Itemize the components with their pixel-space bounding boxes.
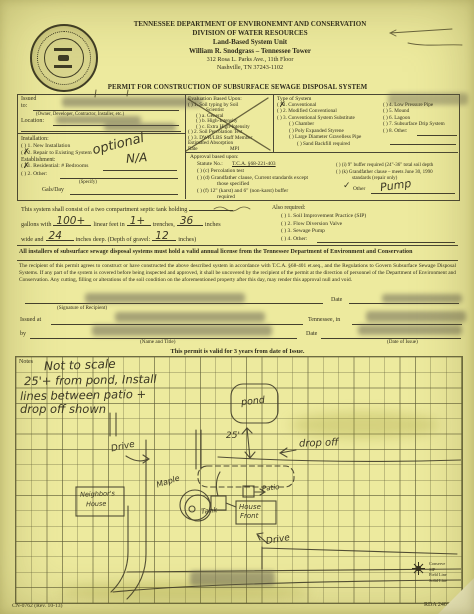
page-corner-curl <box>438 578 474 614</box>
handwritten-width: 36 <box>180 215 193 227</box>
handwritten-trenches: 1+ <box>130 215 145 227</box>
handwritten-gravel: 12 <box>155 230 168 242</box>
location-label: Location: <box>21 118 44 125</box>
tank-inches2-label: inches) <box>178 236 196 243</box>
handwritten-linear-feet: 100+ <box>56 215 85 227</box>
date1-line <box>349 303 459 304</box>
house-label: House <box>239 503 261 511</box>
also-flow-valve: ( ) 2. Flow Diversion Valve <box>281 221 342 227</box>
also-other: ( ) 4. Other: <box>281 236 307 242</box>
tank-deep-label: inches deep. (Depth of gravel: <box>76 236 151 243</box>
system-drip: ( ) 7. Subsurface Drip System <box>383 122 445 128</box>
redacted-location2 <box>104 123 176 131</box>
approval-other-label: Other <box>353 186 365 192</box>
tank-line2: gallons with100+linear feet in1+trenches… <box>21 220 221 228</box>
galsday-label: Gals/Day <box>42 187 64 193</box>
repair-check-mark: ✗ <box>23 147 30 156</box>
approval-k: ( ) (k) Grandfather clause – meets June … <box>336 170 433 176</box>
tank-width-slot: 36 <box>177 220 203 226</box>
header-department: TENNESSEE DEPARTMENT OF ENVIRONEMNT AND … <box>95 21 405 29</box>
approval-d2: those specified <box>217 181 249 187</box>
system-other: ( ) 8. Other: <box>383 129 408 135</box>
system-modified: ( ) 2. Modified Conventional <box>277 109 337 115</box>
neighbors-label: Neighbor's <box>80 489 115 498</box>
issued-to-label: to: <box>21 103 27 110</box>
name-title-caption: (Name and Title) <box>140 340 175 346</box>
redacted-road-name <box>190 571 275 586</box>
rule-above-license <box>17 245 458 246</box>
header-address: 312 Rosa L. Parks Ave., 11th Floor <box>95 57 405 64</box>
system-other-line <box>417 135 457 136</box>
tank-line3: wide and24inches deep. (Depth of gravel:… <box>21 235 196 243</box>
residential-check-mark: ✗ <box>23 161 30 170</box>
signature-caption: (Signature of Recipient) <box>57 306 107 312</box>
rule-below-license <box>17 260 458 261</box>
approval-other-check-mark: ✓ <box>343 181 351 191</box>
approval-f2: required <box>217 194 235 200</box>
redacted-issued-at <box>115 312 265 322</box>
system-other-line2 <box>390 144 456 145</box>
date2-label: Date <box>306 331 317 338</box>
agreement-paragraph: The recipient of this permit agrees to c… <box>19 263 456 284</box>
signature-line <box>25 303 323 304</box>
date1-label: Date <box>331 297 342 304</box>
also-other-line <box>317 242 455 243</box>
divider-middle-right <box>273 94 274 152</box>
approval-i: ( ) (i) 9" buffer required (24"-36" tota… <box>336 163 433 169</box>
permit-document: TENNESSEE DEPARTMENT OF ENVIRONEMNT AND … <box>0 0 474 614</box>
tank-trenches-label: trenches, <box>153 221 175 228</box>
establishment-residential: ( ) 1. Residential: # Bedrooms <box>21 163 88 169</box>
neighbors-house-label: House <box>86 500 107 509</box>
handwritten-depth: 24 <box>49 230 62 242</box>
system-sandbackfill: ( ) Sand Backfill required <box>297 142 350 148</box>
permit-title: PERMIT FOR CONSTRUCTION OF SUBSURFACE SE… <box>17 84 458 92</box>
header-city: Nashville, TN 37243-1102 <box>95 65 405 72</box>
tank-gallons-slot <box>189 205 233 211</box>
system-chamber: ( ) Chamber <box>289 122 314 128</box>
header-unit: Land-Based System Unit <box>95 39 405 47</box>
specify-caption: (Specify) <box>79 180 97 185</box>
tank-depth-slot: 24 <box>46 235 74 241</box>
establishment-other: ( ) 2. Other: <box>21 171 47 177</box>
notes-label: Notes <box>19 359 33 366</box>
tank-line1: This system shall consist of a two compa… <box>21 205 235 213</box>
tank-wide-label: wide and <box>21 236 44 243</box>
absorption-label2: Rate <box>188 147 198 153</box>
tank-line1-text: This system shall consist of a two compa… <box>21 206 187 213</box>
approval-c: ( ) (c) Percolation test <box>197 168 244 174</box>
paper-stain <box>290 412 440 438</box>
system-gravelless: ( ) Large Diameter Gravelless Pipe <box>289 135 361 141</box>
system-mound: ( ) 5. Mound <box>383 109 409 115</box>
tennessee-state-seal-icon <box>30 24 98 92</box>
distance-label: 25' <box>226 431 240 441</box>
location-line2 <box>21 131 181 132</box>
seal-emblem-plow <box>58 55 69 61</box>
tennessee-label: Tennessee, in <box>308 317 340 324</box>
approval-d: ( ) (d) Grandfather clause, Current stan… <box>197 175 308 181</box>
mpi-label: MPI <box>230 147 239 153</box>
handwritten-note-line2: 25'+ from pond, Install <box>24 372 157 388</box>
approval-heading: Approval based upon: <box>190 154 239 160</box>
issued-at-label: Issued at <box>20 317 41 324</box>
house-front-label: Front <box>240 512 258 520</box>
statute-label: Statute No.: <box>197 161 223 167</box>
installation-item-repair: ( ) 2. Repair to Existing System <box>21 150 92 156</box>
redacted-by-name <box>92 325 272 336</box>
divider-location <box>17 133 185 134</box>
also-sewage-pump: ( ) 3. Sewage Pump <box>281 228 325 234</box>
header-division: DIVISION OF WATER RESOURCES <box>95 30 405 38</box>
other-line <box>60 178 178 179</box>
handwritten-na: N/A <box>125 150 147 166</box>
tank-trenches-slot: 1+ <box>127 220 151 226</box>
redacted-date2 <box>358 325 462 335</box>
tank-gallons-label: gallons with <box>21 221 51 228</box>
divider-left-middle <box>185 94 186 199</box>
galsday-line <box>70 194 178 195</box>
redacted-date1 <box>382 294 462 303</box>
tank-inches-label: inches <box>205 221 221 228</box>
statute-value: T.C.A. §68-221-403 <box>232 161 276 167</box>
tank-linearfeet-label: linear feet in <box>93 221 124 228</box>
header-building: William R. Snodgrass – Tennessee Tower <box>95 48 405 56</box>
license-statement: All installers of subsurface sewage disp… <box>19 249 412 256</box>
installation-heading: Installation: <box>21 136 49 142</box>
also-required-heading: Also required: <box>272 205 305 211</box>
tank-label: Tank <box>201 506 218 516</box>
tank-linearfeet-slot: 100+ <box>53 220 91 226</box>
issued-label: Issued <box>21 96 36 103</box>
handwritten-note-line3: lines between patio + <box>20 387 146 403</box>
seal-emblem-bar <box>54 48 72 51</box>
handwritten-not-to-scale: Not to scale <box>44 357 116 373</box>
redacted-signature <box>85 293 245 303</box>
also-sip: ( ) 1. Soil Improvement Practice (SIP) <box>281 213 366 219</box>
dropoff-label: drop off <box>299 437 339 449</box>
date-of-issue-caption: (Date of Issue) <box>387 340 418 346</box>
redacted-county <box>366 311 466 322</box>
seal-emblem-boat <box>54 65 72 68</box>
by-label: by <box>20 331 26 338</box>
handwritten-note-line4: drop off shown <box>20 402 106 416</box>
redacted-issued-to <box>62 97 202 107</box>
validity-statement: This permit is valid for 3 years from da… <box>17 348 458 355</box>
tank-gravel-slot: 12 <box>152 235 176 241</box>
form-number: CN-0762 (Rev. 10-13) <box>12 603 62 609</box>
issued-to-line <box>33 110 179 111</box>
approval-f: ( ) (f) 12" (karst) and 6" (non-karst) b… <box>197 188 288 194</box>
absorption-line <box>202 152 226 153</box>
bedrooms-line <box>103 170 177 171</box>
